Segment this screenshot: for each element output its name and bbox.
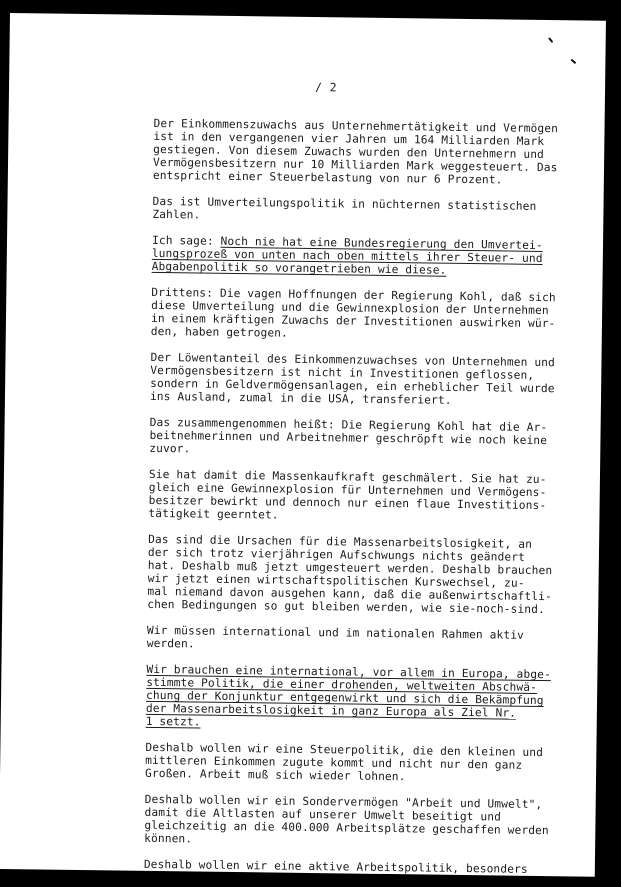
paragraph: Das zusammengenommen heißt: Die Regierun… xyxy=(149,416,589,461)
underlined-text: 1 setzt. xyxy=(146,715,201,729)
line-text: Großen. Arbeit muß sich wieder lohnen. xyxy=(145,767,406,783)
line-text: den, haben getrogen. xyxy=(151,325,288,340)
line-text: tätigkeit geerntet. xyxy=(148,507,278,522)
line-text: zuvor. xyxy=(149,442,190,456)
line-text: ins Ausland, zumal in die USA, transferi… xyxy=(150,390,452,407)
pen-mark xyxy=(548,37,553,43)
paragraph: Drittens: Die vagen Hoffnungen der Regie… xyxy=(151,286,592,344)
paragraph: Deshalb wollen wir eine Steuerpolitik, d… xyxy=(145,741,585,786)
document-page: / 2 Der Einkommenszuwachs aus Unternehme… xyxy=(0,13,606,877)
line-text: Ich sage: xyxy=(152,234,221,248)
scanned-document: / 2 Der Einkommenszuwachs aus Unternehme… xyxy=(0,0,621,887)
paragraph: Deshalb wollen wir eine aktive Arbeitspo… xyxy=(144,858,584,877)
paragraph: Ich sage: Noch nie hat eine Bundesregier… xyxy=(152,234,592,279)
underlined-text: Abgabenpolitik so vorangetrieben wie die… xyxy=(152,260,447,277)
line-text: werden. xyxy=(147,637,195,651)
text-line: Deshalb wollen wir eine aktive Arbeitspo… xyxy=(144,858,584,877)
line-text: können. xyxy=(144,832,192,846)
line-text: Zahlen. xyxy=(152,208,200,222)
paragraph: Wir brauchen eine international, vor all… xyxy=(146,663,587,734)
document-body: Der Einkommenszuwachs aus Unternehmertät… xyxy=(144,117,594,887)
paragraph: Deshalb wollen wir ein Sondervermögen "A… xyxy=(144,793,585,851)
paragraph: Der Einkommenszuwachs aus Unternehmertät… xyxy=(153,117,594,188)
paragraph: Der Löwentanteil des Einkommenzuwachses … xyxy=(150,351,591,409)
paragraph: Das sind die Ursachen für die Massenarbe… xyxy=(147,533,588,617)
page-number: / 2 xyxy=(315,80,337,94)
paragraph: Das ist Umverteilungspolitik in nüchtern… xyxy=(152,195,592,227)
paragraph: Wir müssen international und im national… xyxy=(147,624,587,656)
paragraph: Sie hat damit die Massenkaufkraft geschm… xyxy=(148,468,589,526)
line-text: Deshalb wollen wir eine aktive Arbeitspo… xyxy=(144,858,528,876)
pen-mark xyxy=(570,59,576,64)
